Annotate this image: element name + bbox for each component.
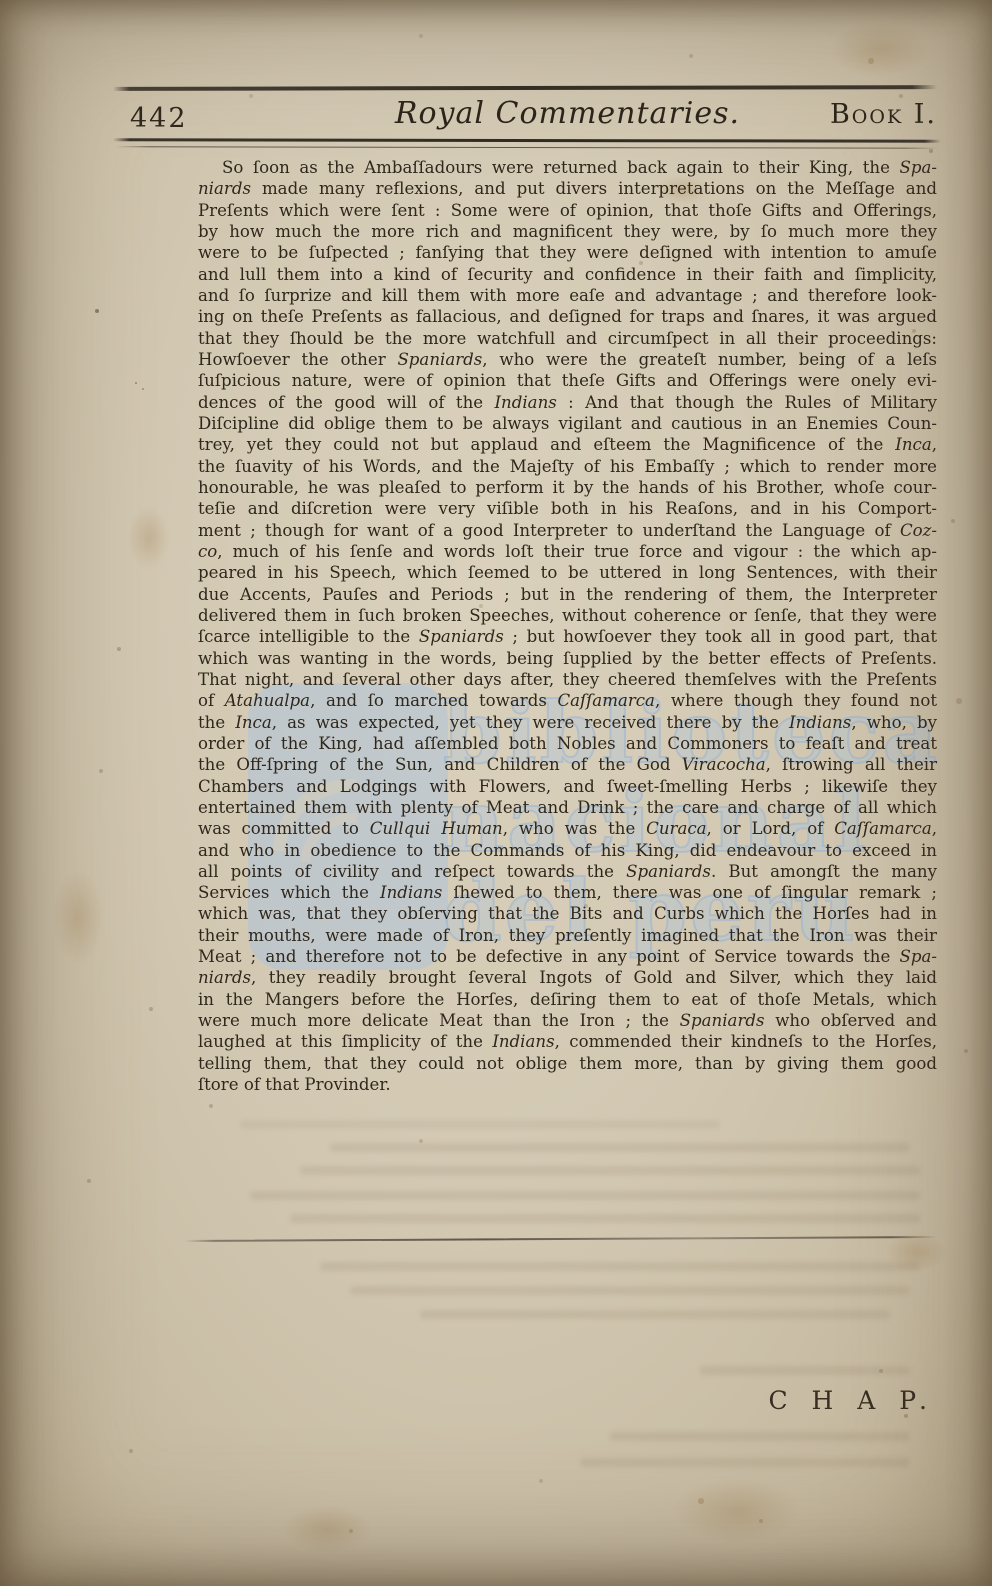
body-line: the Inca, as was expected, yet they were… [198, 712, 937, 733]
body-line: Services which the Indians ſhewed to the… [198, 882, 937, 903]
show-through-smudge [320, 1262, 920, 1271]
body-line: co, much of his ſenſe and words loſt the… [198, 541, 937, 562]
body-line: niards, they readily brought ſeveral Ing… [198, 967, 937, 988]
body-line: ſuſpicious nature, were of opinion that … [198, 370, 937, 391]
top-rule [113, 85, 937, 91]
show-through-smudge [330, 1143, 910, 1152]
body-line: which was wanting in the words, being ſu… [198, 648, 937, 669]
body-line: peared in his Speech, which ſeemed to be… [198, 562, 937, 583]
show-through-smudge [300, 1166, 920, 1175]
body-line: laughed at this ſimplicity of the Indian… [198, 1031, 937, 1052]
header-rule-thin [116, 146, 938, 148]
body-line: and who in obedience to the Commands of … [198, 840, 937, 861]
body-line: niards made many reflexions, and put div… [198, 178, 937, 199]
body-line: Preſents which were ſent : Some were of … [198, 200, 937, 221]
body-line: that they ſhould be the more watchfull a… [198, 328, 937, 349]
body-line: their mouths, were made of Iron, they pr… [198, 925, 937, 946]
body-line: ſtore of that Provinder. [198, 1074, 937, 1095]
body-line: and ſo ſurprize and kill them with more … [198, 285, 937, 306]
body-line: ment ; though for want of a good Interpr… [198, 520, 937, 541]
body-line: due Accents, Pauſes and Periods ; but in… [198, 584, 937, 605]
body-line: was committed to Cullqui Human, who was … [198, 818, 937, 839]
body-line: Diſcipline did oblige them to be always … [198, 413, 937, 434]
body-line: the Off-ſpring of the Sun, and Children … [198, 754, 937, 775]
paper-stain [52, 870, 104, 965]
book-page-scan: biblioteca nacional del peru 442 Royal C… [0, 0, 992, 1586]
paper-speckles [0, 0, 2, 2]
section-rule [185, 1236, 937, 1242]
show-through-smudge [580, 1458, 910, 1467]
body-line: delivered them in ſuch broken Speeches, … [198, 605, 937, 626]
paper-stain [885, 1232, 947, 1272]
show-through-smudge [350, 1286, 910, 1295]
book-label: Book I. [830, 99, 937, 130]
body-line: honourable, he was pleaſed to perform it… [198, 477, 937, 498]
body-line: of Atahualpa, and ſo marched towards Caſ… [198, 690, 937, 711]
body-line: by how much the more rich and magnificen… [198, 221, 937, 242]
body-line: Chambers and Lodgings with Flowers, and … [198, 776, 937, 797]
body-line: That night, and ſeveral other days after… [198, 669, 937, 690]
body-line: Howſoever the other Spaniards, who were … [198, 349, 937, 370]
body-line: the ſuavity of his Words, and the Majeſt… [198, 456, 937, 477]
body-line: were much more delicate Meat than the Ir… [198, 1010, 937, 1031]
show-through-smudge [290, 1214, 920, 1223]
paper-stain [128, 505, 170, 571]
catchword: C H A P. [768, 1386, 935, 1415]
body-line: ing on theſe Preſents as fallacious, and… [198, 306, 937, 327]
body-line: Meat ; and therefore not to be defective… [198, 946, 937, 967]
body-line: dences of the good will of the Indians :… [198, 392, 937, 413]
page-number: 442 [130, 103, 188, 134]
header-rule-thick [113, 138, 941, 142]
body-line: teſie and diſcretion were very viſible b… [198, 498, 937, 519]
show-through-smudge [700, 1366, 910, 1375]
body-line: entertained them with plenty of Meat and… [198, 797, 937, 818]
body-line: all points of civility and reſpect towar… [198, 861, 937, 882]
running-title: Royal Commentaries. [198, 96, 937, 131]
body-line: which was, that they obſerving that the … [198, 903, 937, 924]
body-line: So ſoon as the Ambaſſadours were returne… [198, 157, 937, 178]
body-line: ſcarce intelligible to the Spaniards ; b… [198, 626, 937, 647]
show-through-smudge [250, 1191, 920, 1200]
paper-stain [672, 1478, 802, 1544]
body-line: order of the King, had aſſembled both No… [198, 733, 937, 754]
paper-stain [282, 1505, 372, 1553]
show-through-smudge [420, 1310, 890, 1319]
body-line: telling them, that they could not oblige… [198, 1053, 937, 1074]
body-text: So ſoon as the Ambaſſadours were returne… [198, 157, 937, 1095]
body-line: in the Mangers before the Horſes, deſiri… [198, 989, 937, 1010]
body-line: and lull them into a kind of ſecurity an… [198, 264, 937, 285]
show-through-smudge [240, 1120, 720, 1129]
body-line: were to be ſuſpected ; fanſying that the… [198, 242, 937, 263]
paper-stain [830, 22, 930, 77]
show-through-smudge [610, 1432, 910, 1441]
body-line: trey, yet they could not but applaud and… [198, 434, 937, 455]
